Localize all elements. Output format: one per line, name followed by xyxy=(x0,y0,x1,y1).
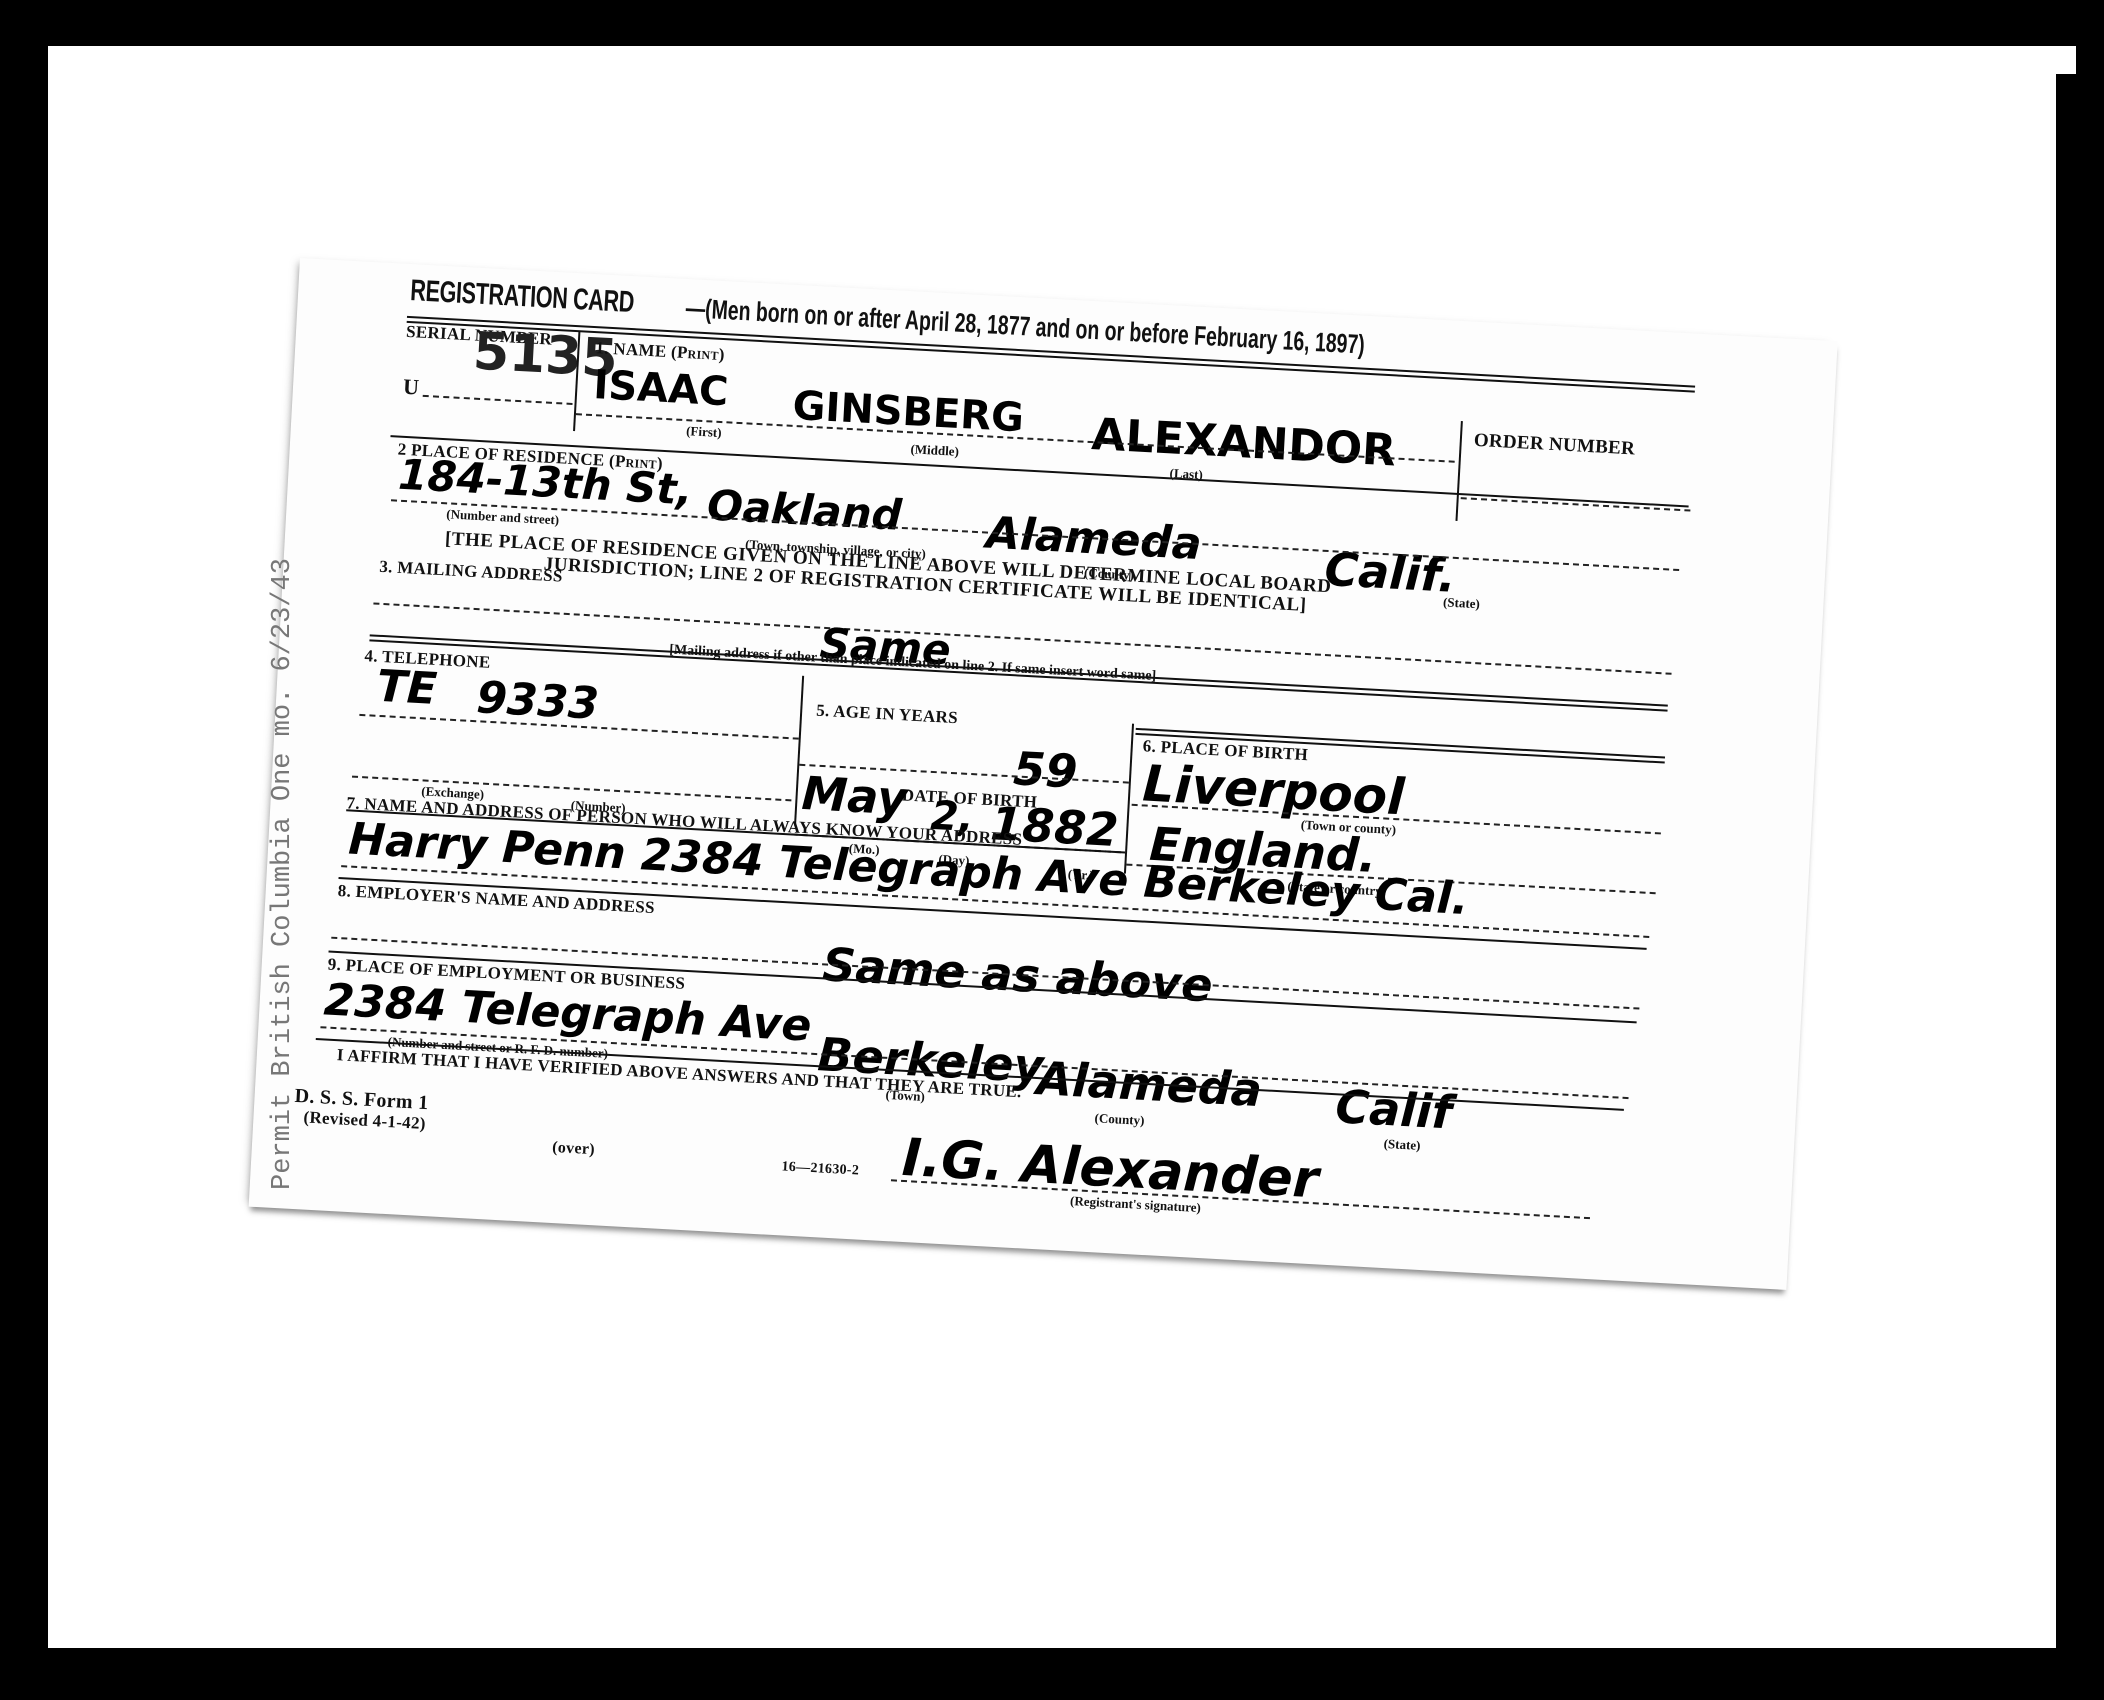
dob-month: May xyxy=(800,766,908,826)
scan-edge xyxy=(2056,46,2076,74)
order-divider xyxy=(1455,421,1462,521)
card-title: REGISTRATION CARD xyxy=(409,274,634,320)
over-note: (over) xyxy=(552,1139,596,1159)
telephone-exchange: TE xyxy=(376,661,439,715)
serial-line xyxy=(423,395,573,405)
residence-state-caption: (State) xyxy=(1443,594,1481,612)
order-number-label: ORDER NUMBER xyxy=(1473,430,1635,461)
residence-town: Oakland xyxy=(706,480,903,539)
age-value: 59 xyxy=(1012,741,1079,798)
employment-state-caption: (State) xyxy=(1383,1136,1421,1154)
margin-stamp: Permit British Columbia One mo. 6/23/43 xyxy=(268,558,298,1190)
serial-prefix: U xyxy=(402,374,420,401)
age-divider xyxy=(1124,724,1134,874)
name-first: ISAAC xyxy=(592,362,729,415)
registration-card: REGISTRATION CARD —(Men born on or after… xyxy=(249,258,1838,1290)
residence-street-caption: (Number and street) xyxy=(446,506,560,528)
name-middle-caption: (Middle) xyxy=(910,441,959,460)
age-label: 5. AGE IN YEARS xyxy=(816,701,959,729)
mailing-label: 3. MAILING ADDRESS xyxy=(379,557,563,587)
print-code: 16—21630-2 xyxy=(781,1159,859,1179)
name-first-caption: (First) xyxy=(686,423,722,441)
employment-county-caption: (County) xyxy=(1094,1110,1145,1129)
